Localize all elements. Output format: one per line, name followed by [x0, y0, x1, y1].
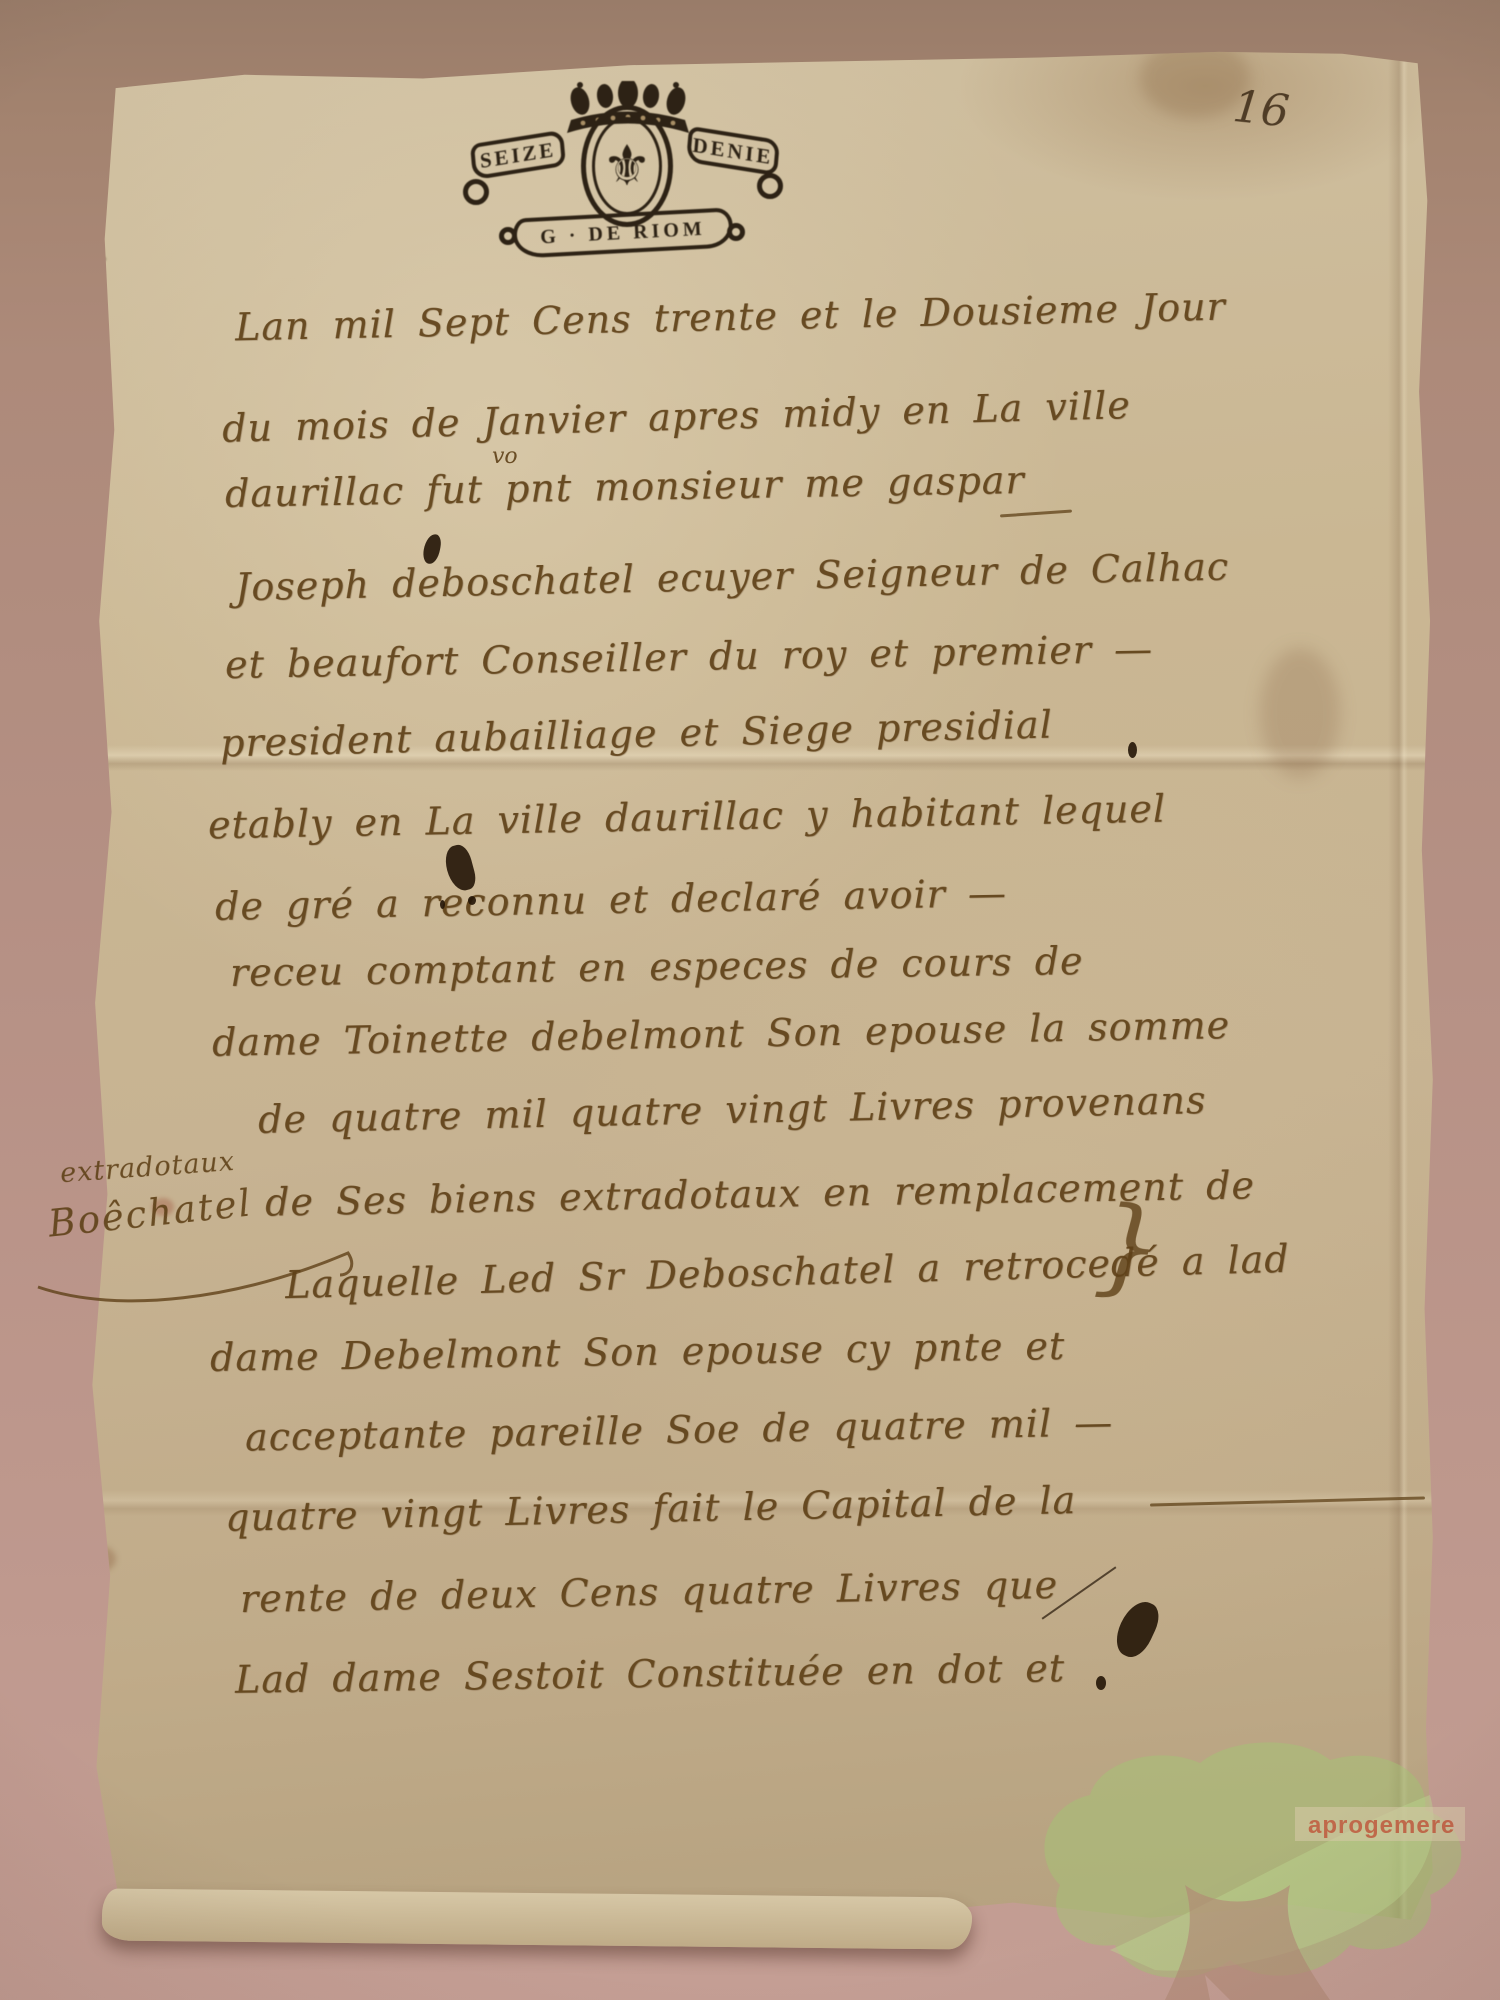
ink-blot: [1096, 1676, 1106, 1690]
folio-number: 16: [1230, 81, 1291, 138]
watermark-label: aprogemere: [1308, 1812, 1455, 1839]
paper-stain: [1260, 648, 1340, 778]
stamp-right-banner: DENIE: [686, 126, 780, 176]
interlinear-insertion: vo: [492, 444, 518, 469]
stamp-bottom-banner: G · DE RIOM: [512, 207, 734, 258]
stamp-medallion-inner: ⚜: [592, 117, 662, 215]
watermark-tree-icon: aprogemere: [960, 1735, 1500, 2000]
stamp-scroll-curl: [757, 173, 783, 199]
ink-blot: [440, 900, 445, 909]
margin-note-flourish: [30, 1235, 370, 1325]
stamp-left-banner: SEIZE: [470, 130, 566, 181]
paper-deckled-edge: [102, 1888, 972, 1949]
paper-stain: [84, 1546, 116, 1572]
stamp-scroll-curl: [463, 179, 489, 205]
photo-background: 16 SEIZE DENIE ⚜: [0, 0, 1500, 2000]
paper-stain: [92, 256, 106, 262]
stamp-medallion: ⚜: [581, 105, 673, 227]
ink-blot: [1128, 742, 1137, 758]
tax-stamp: SEIZE DENIE ⚜ G · DE RIOM: [465, 85, 785, 263]
fleur-de-lis-icon: ⚜: [602, 134, 652, 199]
closing-brace-flourish: }: [1091, 1183, 1166, 1309]
edge-crease: [1388, 48, 1408, 1958]
ink-blot: [468, 896, 476, 905]
